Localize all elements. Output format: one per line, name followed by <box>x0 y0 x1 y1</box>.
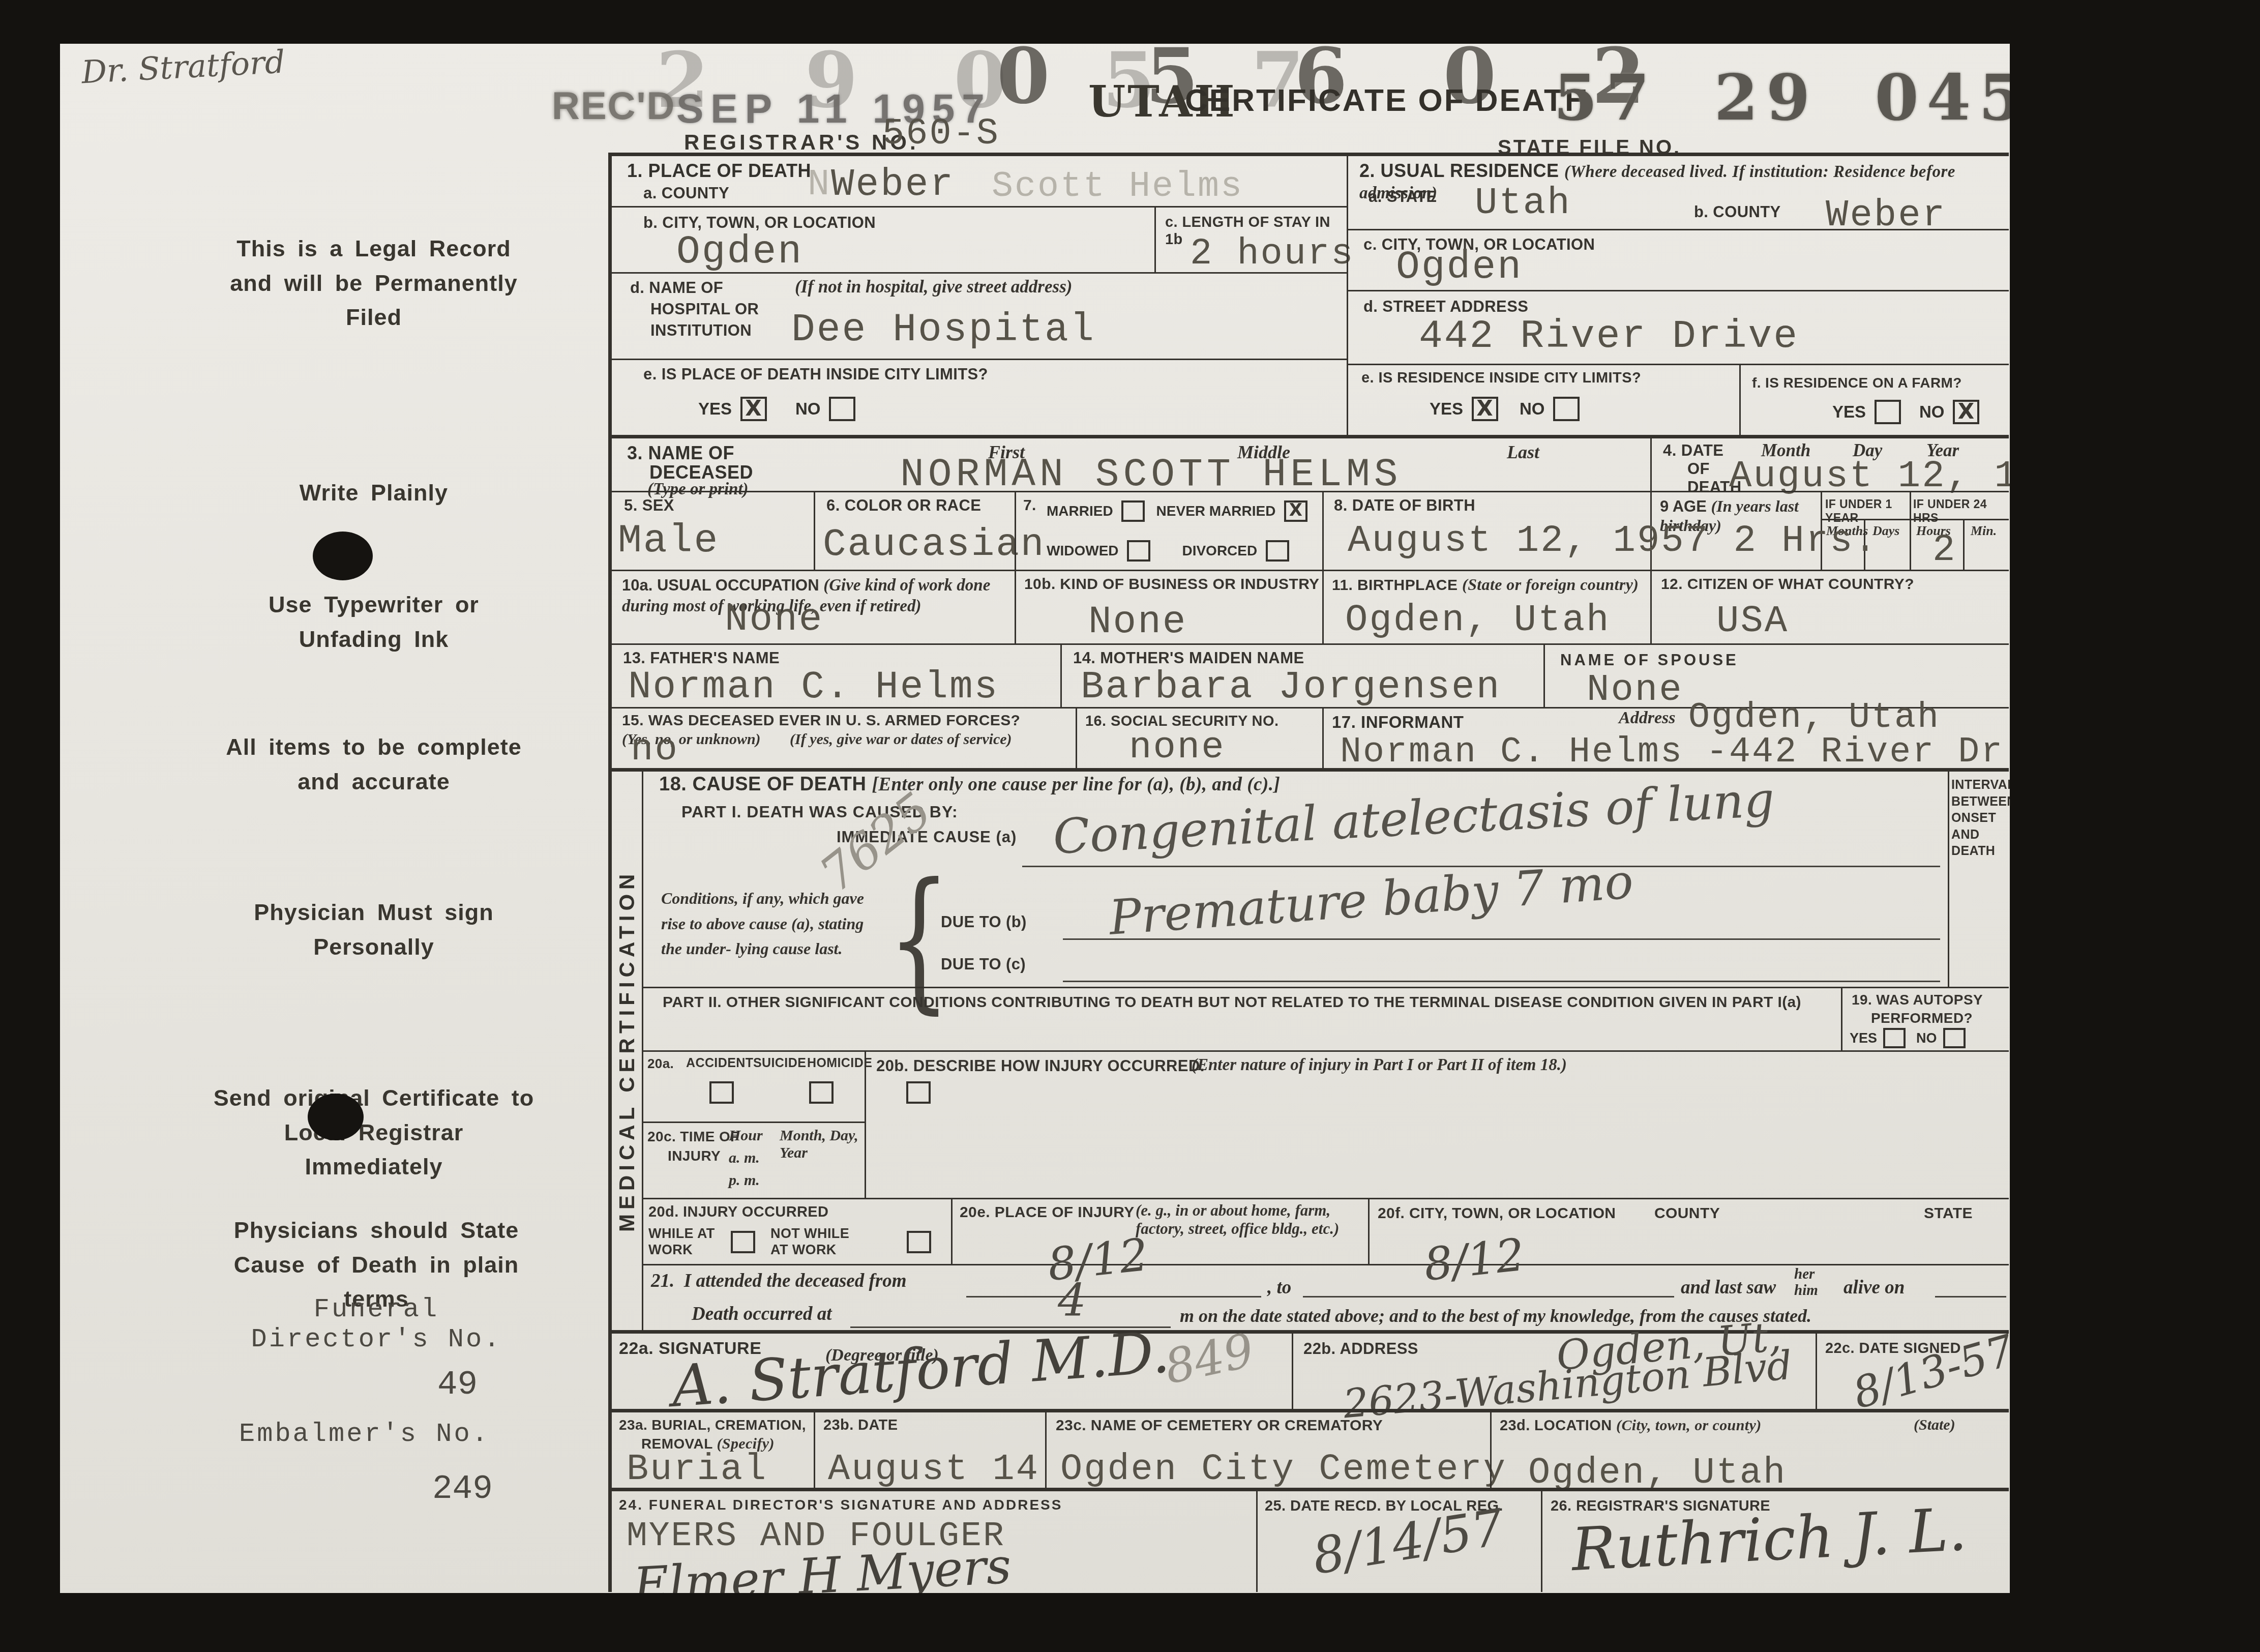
field-1d-label-3: INSTITUTION <box>650 321 752 340</box>
cemetery-value: Ogden City Cemetery <box>1060 1449 1507 1490</box>
cause-b-line <box>1063 938 1940 940</box>
death-certificate-scan: Dr. Stratford REC'D SEP 11 1957 2 9 0 5 … <box>0 0 2260 1652</box>
funeral-directors-no-value: 49 <box>437 1366 478 1404</box>
field-9-under-24: IF UNDER 24 HRS <box>1910 491 2009 519</box>
county-value: Weber <box>831 163 955 206</box>
field-23a-label-1: 23a. BURIAL, CREMATION, <box>619 1417 806 1433</box>
father-name-value: Norman C. Helms <box>628 665 999 709</box>
field-7-number: 7. <box>1023 496 1036 514</box>
field-23d-note: (City, town, or county) <box>1616 1417 1762 1434</box>
field-20a-suicide-checkbox <box>809 1081 834 1104</box>
alive-on-line <box>1935 1296 2006 1297</box>
field-1e-no-checkbox <box>829 397 855 421</box>
field-21-text-1: I attended the deceased from <box>684 1271 907 1291</box>
field-20e-label: 20e. PLACE OF INJURY <box>960 1203 1135 1221</box>
punch-hole-top <box>313 532 373 580</box>
field-10b-label: 10b. KIND OF BUSINESS OR INDUSTRY <box>1024 575 1320 593</box>
field-20b: 20b. DESCRIBE HOW INJURY OCCURRED. (Ente… <box>865 1050 2009 1122</box>
field-2e-yes-checkbox: X <box>1472 397 1498 421</box>
field-2f-farm: f. IS RESIDENCE ON A FARM? YES NO X <box>1739 364 2009 435</box>
field-20b-label: 20b. DESCRIBE HOW INJURY OCCURRED. <box>876 1057 1205 1076</box>
field-1a-label: a. COUNTY <box>643 184 729 203</box>
attended-to-line <box>1303 1296 1674 1297</box>
field-24-label: 24. FUNERAL DIRECTOR'S SIGNATURE AND ADD… <box>619 1496 1062 1513</box>
field-20d-label: 20d. INJURY OCCURRED <box>648 1203 828 1221</box>
embalmers-no-value: 249 <box>432 1470 493 1508</box>
field-7-widowed-checkbox <box>1127 540 1150 562</box>
medical-certification-strip: MEDICAL CERTIFICATION <box>608 768 642 1330</box>
field-19-autopsy: 19. WAS AUTOPSY PERFORMED? YES NO <box>1841 987 2009 1050</box>
field-20d: 20d. INJURY OCCURRED WHILE ATWORK NOT WH… <box>642 1198 951 1264</box>
field-2e-label: e. IS RESIDENCE INSIDE CITY LIMITS? <box>1361 369 1641 387</box>
field-2-number: 2. <box>1359 160 1375 181</box>
field-9-min-label: Min. <box>1971 523 1997 539</box>
interval-label-2: ONSET AND DEATH <box>1951 811 1996 858</box>
field-20f-state-label: STATE <box>1924 1204 1973 1222</box>
interval-label-1: INTERVAL BETWEEN <box>1951 778 2016 809</box>
field-21-number: 21. <box>651 1271 674 1291</box>
margin-note-write-plainly: Write Plainly <box>211 476 537 510</box>
field-19-yes-label: YES <box>1850 1030 1877 1046</box>
field-22b-label: 22b. ADDRESS <box>1303 1340 1418 1359</box>
field-23d-label: 23d. LOCATION <box>1500 1418 1612 1434</box>
part2-row: PART II. OTHER SIGNIFICANT CONDITIONS CO… <box>642 987 1841 1050</box>
field-1-number: 1. <box>627 160 643 181</box>
field-18-interval-column: INTERVAL BETWEEN ONSET AND DEATH <box>1948 768 2009 987</box>
due-to-b-label: DUE TO (b) <box>941 913 1027 932</box>
scanner-bed-bottom <box>0 1593 2260 1652</box>
field-2f-yes-label: YES <box>1832 402 1866 421</box>
field-19-no-label: NO <box>1916 1030 1937 1046</box>
field-18-number: 18. <box>659 774 687 795</box>
field-2e-city-limits: e. IS RESIDENCE INSIDE CITY LIMITS? YES … <box>1347 364 1739 435</box>
field-11-label: 11. BIRTHPLACE <box>1332 577 1458 594</box>
margin-note-legal-record: This is a Legal Record and will be Perma… <box>211 231 537 335</box>
residence-city-value: Ogden <box>1396 245 1523 290</box>
scanner-bed-left <box>0 0 60 1652</box>
field-7-married-checkbox <box>1121 500 1145 522</box>
field-19-no-checkbox <box>1943 1028 1966 1048</box>
informant-value: Norman C. Helms -442 River Dr. <box>1340 732 2027 773</box>
field-7-divorced-label: DIVORCED <box>1182 543 1257 558</box>
field-1e-label: e. IS PLACE OF DEATH INSIDE CITY LIMITS? <box>643 365 988 384</box>
field-9-min: Min. <box>1963 519 2009 570</box>
field-8-label: 8. DATE OF BIRTH <box>1334 496 1475 515</box>
field-3-title-1: NAME OF <box>648 442 735 463</box>
field-4-label-2: OF <box>1687 460 1710 479</box>
field-1e-no-label: NO <box>795 399 821 418</box>
field-20f-label: 20f. CITY, TOWN, OR LOCATION <box>1378 1204 1616 1222</box>
field-20d-while-label-2: WORK <box>648 1242 693 1257</box>
field-3-number: 3. <box>627 442 643 463</box>
field-1d-label-1: d. NAME OF <box>630 279 723 298</box>
field-2e-no-checkbox <box>1553 397 1580 421</box>
field-12-label: 12. CITIZEN OF WHAT COUNTRY? <box>1661 575 1914 593</box>
field-2f-no-label: NO <box>1919 402 1945 421</box>
field-20d-while-checkbox <box>731 1231 755 1253</box>
field-1d-label-2: HOSPITAL OR <box>650 300 759 319</box>
margin-note-physician-sign: Physician Must sign Personally <box>211 895 537 964</box>
medical-certification-label: MEDICAL CERTIFICATION <box>612 772 642 1330</box>
birthplace-value: Ogden, Utah <box>1345 599 1610 642</box>
field-3-last-header: Last <box>1507 441 1539 463</box>
field-18-note: [Enter only one cause per line for (a), … <box>872 774 1280 795</box>
attended-from-line <box>966 1296 1261 1297</box>
county-ghost-overprint: Scott Helms <box>992 167 1243 207</box>
date-of-birth-value: August 12, 1957 2 Hrs. <box>1348 520 1878 563</box>
field-spouse-label: NAME OF SPOUSE <box>1560 651 1739 670</box>
field-21-her-him: herhim <box>1794 1266 1818 1299</box>
race-value: Caucasian <box>823 523 1045 567</box>
field-20a-homicide-label: HOMICIDE <box>807 1056 872 1071</box>
field-6-label: 6. COLOR OR RACE <box>826 496 981 515</box>
field-20e-note: (e. g., in or about home, farm, factory,… <box>1136 1201 1359 1238</box>
armed-forces-value: no <box>631 728 679 771</box>
field-19-label-1: 19. WAS AUTOPSY <box>1852 991 1983 1008</box>
field-2e-yes-label: YES <box>1430 399 1463 418</box>
field-17-address-label: Address <box>1619 709 1675 728</box>
field-20d-while-label-1: WHILE AT <box>648 1226 715 1241</box>
field-1d-note: (If not in hospital, give street address… <box>795 277 1072 297</box>
conditions-note: Conditions, if any, which gave rise to a… <box>661 886 865 962</box>
field-20c-pm-label: p. m. <box>729 1172 760 1189</box>
embalmers-no-label: Embalmer's No. <box>239 1419 490 1449</box>
field-9-under-1-year: IF UNDER 1 YEAR <box>1821 491 1910 519</box>
field-20d-not-label-1: NOT WHILE <box>770 1226 849 1241</box>
scanner-bed-top <box>0 0 2260 44</box>
field-21-text-2: , to <box>1267 1277 1291 1299</box>
field-4-label-1: 4. DATE <box>1663 441 1723 460</box>
industry-value: None <box>1088 600 1187 644</box>
field-7-married-label: MARRIED <box>1047 503 1113 519</box>
field-20c-am-label: a. m. <box>729 1149 760 1167</box>
field-20b-note: (Enter nature of injury in Part I or Par… <box>1192 1056 1567 1075</box>
field-23c-label: 23c. NAME OF CEMETERY OR CREMATORY <box>1056 1417 1383 1434</box>
field-1e-city-limits: e. IS PLACE OF DEATH INSIDE CITY LIMITS?… <box>608 359 1347 435</box>
field-2e-no-label: NO <box>1520 399 1545 418</box>
field-2d-label: d. STREET ADDRESS <box>1363 298 1528 316</box>
field-9-label: 9 AGE <box>1660 497 1707 515</box>
field-2f-no-checkbox: X <box>1953 400 1979 424</box>
field-23d-state-note: (State) <box>1914 1417 1955 1434</box>
occupation-value: None <box>725 598 823 641</box>
margin-note-send-original: Send original Certificate to Local Regis… <box>211 1081 537 1184</box>
field-17-label: 17. INFORMANT <box>1332 713 1464 732</box>
field-20f-county-label: COUNTY <box>1654 1204 1720 1222</box>
field-18-title: CAUSE OF DEATH <box>692 774 866 795</box>
field-20c: 20c. TIME OF INJURY Hour a. m. p. m. Mon… <box>642 1122 865 1198</box>
scanner-bed-right <box>2010 0 2260 1652</box>
citizen-value: USA <box>1716 600 1789 643</box>
field-15-note-2: (If yes, give war or dates of service) <box>790 731 1012 748</box>
length-of-stay-value: 2 hours <box>1190 233 1354 275</box>
field-20d-not-label-2: AT WORK <box>770 1242 837 1257</box>
due-to-c-label: DUE TO (c) <box>941 955 1026 974</box>
punch-hole-bottom <box>308 1094 364 1140</box>
field-19-label-2: PERFORMED? <box>1871 1010 1973 1026</box>
field-1-title: PLACE OF DEATH <box>648 160 811 181</box>
field-11-note: (State or foreign country) <box>1462 575 1639 594</box>
field-7-widowed-label: WIDOWED <box>1047 543 1119 558</box>
field-21-text-4: alive on <box>1843 1277 1905 1299</box>
part2-label: PART II. OTHER SIGNIFICANT CONDITIONS CO… <box>663 993 1827 1011</box>
sex-value: Male <box>618 519 719 564</box>
field-2-title: USUAL RESIDENCE <box>1381 160 1559 181</box>
page-title: CERTIFICATE OF DEATH <box>1185 82 1589 119</box>
field-7-never-married-checkbox: X <box>1284 500 1307 522</box>
field-20d-not-checkbox <box>907 1231 931 1253</box>
field-20a-accident-label: ACCIDENT <box>686 1056 753 1071</box>
field-7-never-married-label: NEVER MARRIED <box>1156 503 1276 519</box>
cause-c-line <box>1063 981 1940 982</box>
field-15-label: 15. WAS DECEASED EVER IN U. S. ARMED FOR… <box>622 712 1020 729</box>
field-20a-accident-checkbox <box>709 1081 734 1104</box>
ssn-value: none <box>1129 726 1226 769</box>
field-7-divorced-checkbox <box>1266 540 1289 562</box>
margin-note-complete: All items to be complete and accurate <box>211 730 537 799</box>
residence-state-value: Utah <box>1475 182 1571 225</box>
death-city-value: Ogden <box>676 230 803 275</box>
field-5-label: 5. SEX <box>624 496 674 515</box>
field-21-text-3: and last saw <box>1681 1277 1776 1299</box>
death-hour-value: 4 <box>1058 1274 1086 1326</box>
field-7-marital-status: 7. MARRIED NEVER MARRIED X WIDOWED DIVOR… <box>1015 491 1322 570</box>
field-20c-hour-label: Hour <box>729 1127 763 1144</box>
field-2f-yes-checkbox <box>1875 400 1901 424</box>
age-hours-value: 2 <box>1932 529 1956 572</box>
field-20b-continuation <box>865 1122 2009 1198</box>
field-12-citizen: 12. CITIZEN OF WHAT COUNTRY? <box>1650 570 2009 643</box>
field-1e-yes-checkbox: X <box>740 397 767 421</box>
field-23b-label: 23b. DATE <box>823 1417 898 1434</box>
field-20c-label-2: INJURY <box>668 1147 721 1164</box>
burial-date-value: August 14 <box>828 1449 1039 1490</box>
field-2f-label: f. IS RESIDENCE ON A FARM? <box>1752 374 1962 391</box>
field-20a-suicide-label: SUICIDE <box>753 1056 806 1071</box>
funeral-directors-no-label: Funeral Director's No. <box>219 1294 534 1354</box>
state-file-no-stamp: 57 29 0457 <box>1554 61 2083 135</box>
field-20a-number: 20a. <box>647 1056 674 1072</box>
spouse-value: None <box>1587 669 1683 712</box>
burial-value: Burial <box>627 1449 767 1490</box>
field-1e-yes-label: YES <box>698 399 732 418</box>
margin-note-typewriter: Use Typewriter or Unfading Ink <box>211 587 537 656</box>
field-2a-label: a. STATE <box>1369 188 1437 206</box>
mother-name-value: Barbara Jorgensen <box>1081 665 1501 709</box>
field-2b-label: b. COUNTY <box>1694 203 1781 222</box>
field-20a: 20a. ACCIDENT SUICIDE HOMICIDE <box>642 1050 865 1122</box>
attended-to-value: 8/12 <box>1421 1228 1527 1291</box>
field-20e: 20e. PLACE OF INJURY (e. g., in or about… <box>951 1198 1368 1264</box>
field-19-yes-checkbox <box>1883 1028 1906 1048</box>
hospital-value: Dee Hospital <box>791 308 1095 352</box>
field-20c-label-1: 20c. TIME OF <box>647 1128 739 1145</box>
field-10a-label: 10a. USUAL OCCUPATION <box>622 576 819 594</box>
field-20c-mdy-label: Month, Day, Year <box>780 1127 865 1162</box>
street-address-value: 442 River Drive <box>1419 314 1799 359</box>
field-21-text-5: Death occurred at <box>692 1303 831 1325</box>
county-ghost-overprint-pre: N <box>808 164 831 205</box>
registrars-no-value: 560-S <box>882 113 1000 155</box>
